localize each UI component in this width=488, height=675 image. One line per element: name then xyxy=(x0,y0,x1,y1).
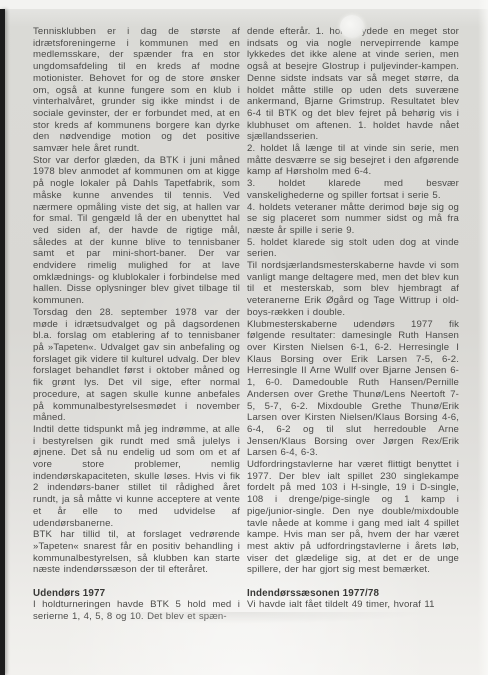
paragraph: Klubmesterskaberne udendørs 1977 fik føl… xyxy=(247,319,459,459)
paper-wrinkle-shadow xyxy=(40,612,458,626)
paragraph: 2. holdet lå længe til at vinde sin seri… xyxy=(247,143,459,178)
paragraph: Udfordringstavlerne har været flittigt b… xyxy=(247,459,459,576)
paragraph: 3. holdet klarede med besvær vanskelighe… xyxy=(247,178,459,201)
scan-top-edge xyxy=(0,0,488,9)
text-column-right: dende efterår. 1. holdet ydede en meget … xyxy=(247,26,459,623)
scan-spot-artifact xyxy=(340,15,364,38)
paragraph: Til nordsjærlandsmesterskaberne havde vi… xyxy=(247,260,459,319)
paragraph: 5. holdet klarede sig stolt uden dog at … xyxy=(247,237,459,260)
paragraph: Torsdag den 28. september 1978 var der m… xyxy=(33,307,240,424)
section-heading: Udendørs 1977 xyxy=(33,588,240,600)
paragraph: BTK har tillid til, at forslaget vedrøre… xyxy=(33,529,240,576)
text-column-left: Tennisklubben er i dag de største af idr… xyxy=(33,26,240,623)
paragraph: 4. holdets veteraner måtte derimod bøje … xyxy=(247,202,459,237)
page-body: Tennisklubben er i dag de største af idr… xyxy=(33,26,459,623)
scan-right-edge-highlight xyxy=(478,0,488,675)
scanned-page: { "page": { "kind": "scanned newsletter … xyxy=(0,0,488,675)
paragraph: Stor var derfor glæden, da BTK i juni må… xyxy=(33,155,240,307)
paragraph: Tennisklubben er i dag de største af idr… xyxy=(33,26,240,155)
paragraph: dende efterår. 1. holdet ydede en meget … xyxy=(247,26,459,143)
paragraph: Indtil dette tidspunkt må jeg indrømme, … xyxy=(33,424,240,529)
section-heading: Indendørssæsonen 1977/78 xyxy=(247,588,459,600)
paragraph: Vi havde ialt fået tildelt 49 timer, hvo… xyxy=(247,599,459,611)
scan-left-edge-shadow xyxy=(0,9,5,675)
